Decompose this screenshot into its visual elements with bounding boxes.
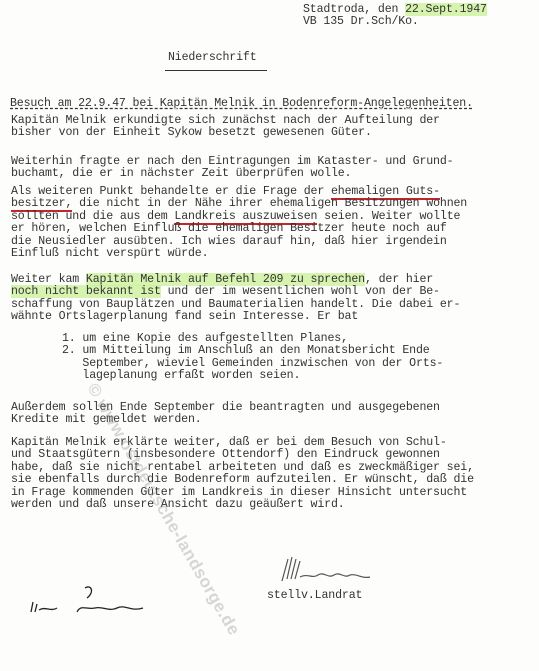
document-subject: Besuch am 22.9.47 bei Kapitän Melnik in … xyxy=(10,98,473,110)
paragraph-3: Als weiteren Punkt behandelte er die Fra… xyxy=(11,186,467,260)
document-page: Stadtroda, den 22.Sept.1947 VB 135 Dr.Sc… xyxy=(0,0,539,671)
p4-text: und der im wesentlichen wohl von der Be- xyxy=(161,285,440,298)
reference-number: VB 135 Dr.Sch/Ko. xyxy=(303,15,419,28)
p3-text: die nicht in der Nähe ihrer ehemaligen B… xyxy=(72,197,467,210)
paragraph-4: Weiter kam Kapitän Melnik auf Befehl 209… xyxy=(11,274,460,324)
p4-text: schaffung von Bauplätzen und Baumaterial… xyxy=(11,298,460,323)
paragraph-6: Kapitän Melnik erklärte weiter, daß er b… xyxy=(11,437,474,511)
paragraph-5: Außerdem sollen Ende September die beant… xyxy=(11,402,440,427)
signature-title: stellv.Landrat xyxy=(267,590,362,602)
title-underline xyxy=(165,70,267,71)
paragraph-2: Weiterhin fragte er nach den Eintragunge… xyxy=(11,156,453,181)
handwritten-initials xyxy=(25,584,155,614)
paragraph-1: Kapitän Melnik erkundigte sich zunächst … xyxy=(11,115,440,140)
green-highlight-order-209: Kapitän Melnik auf Befehl 209 zu spreche… xyxy=(86,273,365,286)
list-item: 2. um Mitteilung im Anschluß an den Mona… xyxy=(62,344,443,382)
p3-text: er hören, welchen Einfluß die ehemaligen… xyxy=(11,222,447,260)
date-highlighted: 22.Sept.1947 xyxy=(405,3,487,16)
place-date-prefix: Stadtroda, den xyxy=(303,3,405,16)
p4-text: , der hier xyxy=(365,273,433,286)
document-title: Niederschrift xyxy=(168,52,257,64)
document-header: Stadtroda, den 22.Sept.1947 VB 135 Dr.Sc… xyxy=(303,4,487,29)
p3-text: seien. Weiter wollte xyxy=(317,210,460,223)
p3-text: Als weiteren Punkt behandelte er die Fra… xyxy=(11,185,331,198)
green-highlight-not-known: noch nicht bekannt ist xyxy=(11,285,161,298)
request-list: 1. um eine Kopie des aufgestellten Plane… xyxy=(62,333,443,383)
p4-text: Weiter kam xyxy=(11,273,86,286)
p3-text: sollten und die aus dem xyxy=(11,210,174,223)
list-item: 1. um eine Kopie des aufgestellten Plane… xyxy=(62,332,348,345)
handwritten-signature xyxy=(278,555,378,583)
